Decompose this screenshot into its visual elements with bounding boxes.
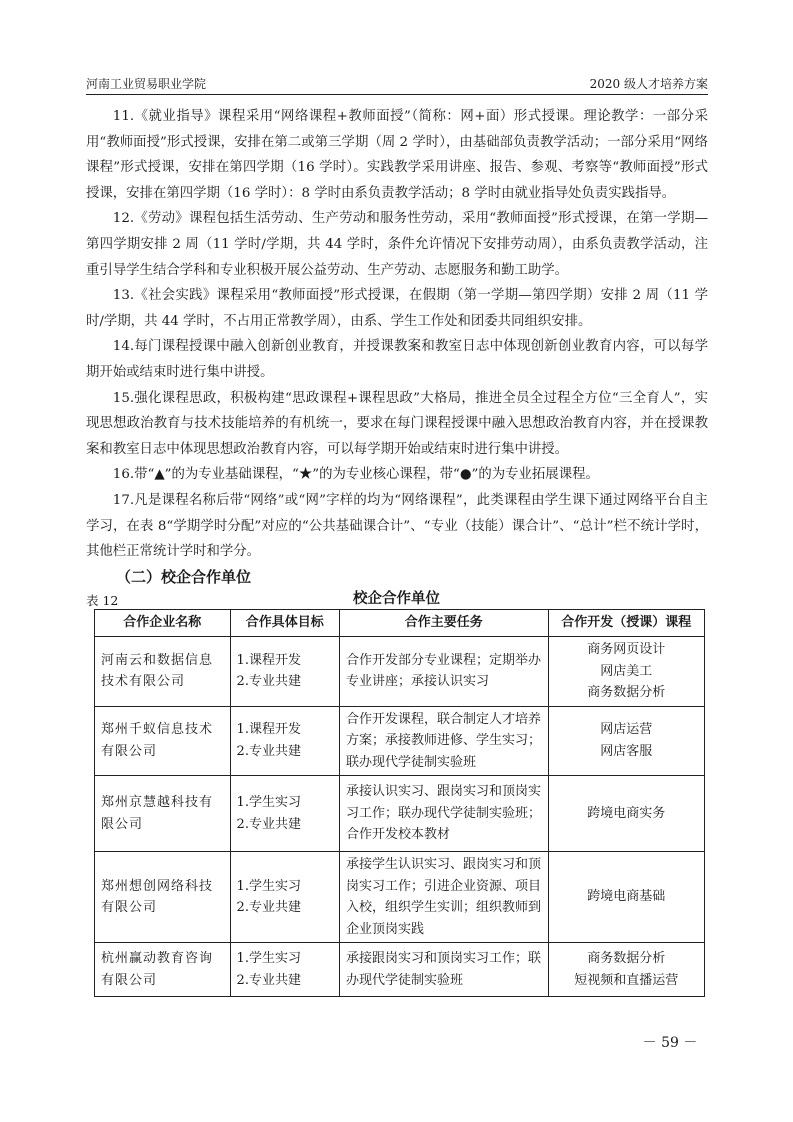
course-item: 网店美工 (555, 661, 698, 683)
goal-item: 2.专业共建 (237, 671, 333, 693)
course-item: 跨境电商基础 (555, 886, 698, 908)
goal-item: 1.学生实习 (237, 876, 333, 898)
goal-item: 1.课程开发 (237, 719, 333, 741)
table-header-row: 合作企业名称 合作具体目标 合作主要任务 合作开发（授课）课程 (95, 610, 705, 637)
page-header: 河南工业贸易职业学院 2020 级人才培养方案 (86, 74, 708, 95)
courses: 跨境电商实务 (548, 776, 704, 852)
goals: 1.课程开发 2.专业共建 (230, 706, 339, 776)
company-name: 郑州京慧越科技有限公司 (95, 776, 231, 852)
paragraph-11: 11.《就业指导》课程采用“网络课程+教师面授”（简称：网+面）形式授课。理论教… (86, 104, 708, 206)
goal-item: 1.学生实习 (237, 792, 333, 814)
goal-item: 1.学生实习 (237, 948, 333, 970)
course-item: 商务网页设计 (555, 639, 698, 661)
course-item: 跨境电商实务 (555, 803, 698, 825)
header-task: 合作主要任务 (340, 610, 549, 637)
course-item: 商务数据分析 (555, 948, 698, 970)
goal-item: 1.课程开发 (237, 650, 333, 672)
paragraph-17: 17.凡是课程名称后带“网络”或“网”字样的均为“网络课程”，此类课程由学生课下… (86, 488, 708, 565)
goal-item: 2.专业共建 (237, 897, 333, 919)
goals: 1.课程开发 2.专业共建 (230, 637, 339, 707)
goal-item: 2.专业共建 (237, 814, 333, 836)
paragraph-16: 16.带“▲”的为专业基础课程，“★”的为专业核心课程，带“●”的为专业拓展课程… (86, 462, 708, 488)
table-row: 郑州想创网络科技有限公司 1.学生实习 2.专业共建 承接学生认识实习、跟岗实习… (95, 852, 705, 943)
company-name: 郑州千蚁信息技术有限公司 (95, 706, 231, 776)
table-row: 郑州京慧越科技有限公司 1.学生实习 2.专业共建 承接认识实习、跟岗实习和顶岗… (95, 776, 705, 852)
task: 承接跟岗实习和顶岗实习工作；联办现代学徒制实验班 (340, 943, 549, 997)
section-heading: （二）校企合作单位 (116, 567, 251, 587)
header-company-name: 合作企业名称 (95, 610, 231, 637)
table-title: 校企合作单位 (0, 589, 793, 609)
header-document-title: 2020 级人才培养方案 (590, 74, 708, 94)
company-name: 杭州赢动教育咨询有限公司 (95, 943, 231, 997)
course-item: 网店客服 (555, 741, 698, 763)
header-course: 合作开发（授课）课程 (548, 610, 704, 637)
company-name: 郑州想创网络科技有限公司 (95, 852, 231, 943)
task: 合作开发课程，联合制定人才培养方案；承接教师进修、学生实习；联办现代学徒制实验班 (340, 706, 549, 776)
goal-item: 2.专业共建 (237, 741, 333, 763)
task: 合作开发部分专业课程；定期举办专业讲座；承接认识实习 (340, 637, 549, 707)
goals: 1.学生实习 2.专业共建 (230, 943, 339, 997)
paragraph-14: 14.每门课程授课中融入创新创业教育，并授课教案和教室日志中体现创新创业教育内容… (86, 334, 708, 385)
page-number: － 59 － (620, 1032, 720, 1052)
header-goal: 合作具体目标 (230, 610, 339, 637)
course-item: 网店运营 (555, 719, 698, 741)
body-text: 11.《就业指导》课程采用“网络课程+教师面授”（简称：网+面）形式授课。理论教… (86, 104, 708, 565)
course-item: 商务数据分析 (555, 682, 698, 704)
paragraph-15: 15.强化课程思政，积极构建“思政课程+课程思政”大格局，推进全员全过程全方位“… (86, 386, 708, 463)
courses: 跨境电商基础 (548, 852, 704, 943)
courses: 商务数据分析 短视频和直播运营 (548, 943, 704, 997)
course-item: 短视频和直播运营 (555, 970, 698, 992)
header-institution: 河南工业贸易职业学院 (86, 74, 206, 94)
courses: 网店运营 网店客服 (548, 706, 704, 776)
task: 承接学生认识实习、跟岗实习和顶岗实习工作；引进企业资源、项目入校，组织学生实训；… (340, 852, 549, 943)
table-row: 杭州赢动教育咨询有限公司 1.学生实习 2.专业共建 承接跟岗实习和顶岗实习工作… (95, 943, 705, 997)
paragraph-12: 12.《劳动》课程包括生活劳动、生产劳动和服务性劳动，采用“教师面授”形式授课，… (86, 206, 708, 283)
company-name: 河南云和数据信息技术有限公司 (95, 637, 231, 707)
goals: 1.学生实习 2.专业共建 (230, 852, 339, 943)
goal-item: 2.专业共建 (237, 970, 333, 992)
cooperation-table: 合作企业名称 合作具体目标 合作主要任务 合作开发（授课）课程 河南云和数据信息… (94, 609, 705, 997)
courses: 商务网页设计 网店美工 商务数据分析 (548, 637, 704, 707)
table-row: 河南云和数据信息技术有限公司 1.课程开发 2.专业共建 合作开发部分专业课程；… (95, 637, 705, 707)
paragraph-13: 13.《社会实践》课程采用“教师面授”形式授课，在假期（第一学期—第四学期）安排… (86, 283, 708, 334)
task: 承接认识实习、跟岗实习和顶岗实习工作；联办现代学徒制实验班；合作开发校本教材 (340, 776, 549, 852)
table-row: 郑州千蚁信息技术有限公司 1.课程开发 2.专业共建 合作开发课程，联合制定人才… (95, 706, 705, 776)
goals: 1.学生实习 2.专业共建 (230, 776, 339, 852)
